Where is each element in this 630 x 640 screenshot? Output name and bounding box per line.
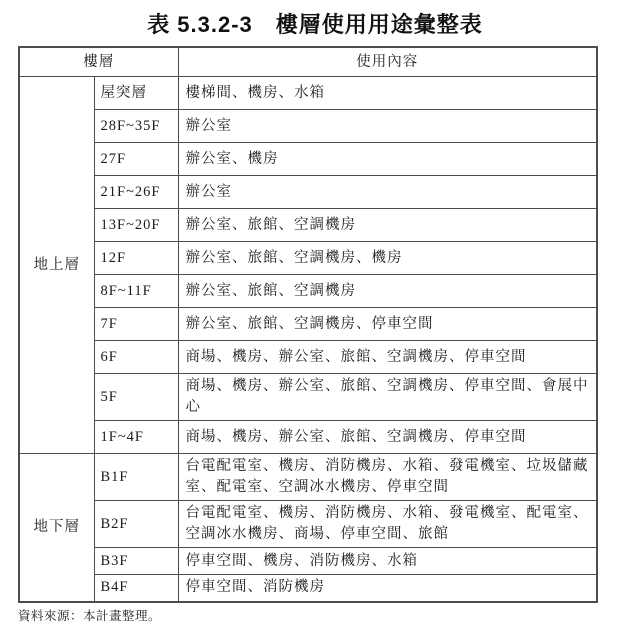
floor-cell: 28F~35F <box>94 110 178 143</box>
table-row: 21F~26F辦公室 <box>19 176 597 209</box>
table-row: 27F辦公室、機房 <box>19 143 597 176</box>
usage-cell: 樓梯間、機房、水箱 <box>178 77 597 110</box>
floor-cell: 12F <box>94 242 178 275</box>
floor-cell: 21F~26F <box>94 176 178 209</box>
usage-cell: 停車空間、消防機房 <box>178 575 597 602</box>
floor-cell: 6F <box>94 341 178 374</box>
floor-cell: 8F~11F <box>94 275 178 308</box>
floor-cell: B4F <box>94 575 178 602</box>
usage-cell: 商場、機房、辦公室、旅館、空調機房、停車空間 <box>178 421 597 454</box>
table-row: 6F商場、機房、辦公室、旅館、空調機房、停車空間 <box>19 341 597 374</box>
table-row: 地上層屋突層樓梯間、機房、水箱 <box>19 77 597 110</box>
usage-cell: 商場、機房、辦公室、旅館、空調機房、停車空間、會展中心 <box>178 374 597 421</box>
category-cell: 地下層 <box>19 454 94 602</box>
source-note: 資料來源：本計畫整理。 <box>18 606 630 624</box>
table-body: 地上層屋突層樓梯間、機房、水箱28F~35F辦公室27F辦公室、機房21F~26… <box>19 77 597 602</box>
floor-cell: B2F <box>94 501 178 548</box>
usage-cell: 台電配電室、機房、消防機房、水箱、發電機室、配電室、空調冰水機房、商場、停車空間… <box>178 501 597 548</box>
header-cell-usage: 使用內容 <box>178 47 597 77</box>
floor-cell: B1F <box>94 454 178 501</box>
table-row: 12F辦公室、旅館、空調機房、機房 <box>19 242 597 275</box>
floor-cell: B3F <box>94 548 178 575</box>
usage-cell: 辦公室、機房 <box>178 143 597 176</box>
floor-cell: 1F~4F <box>94 421 178 454</box>
floor-cell: 7F <box>94 308 178 341</box>
usage-cell: 辦公室、旅館、空調機房、停車空間 <box>178 308 597 341</box>
table-row: B4F停車空間、消防機房 <box>19 575 597 602</box>
table-row: 地下層B1F台電配電室、機房、消防機房、水箱、發電機室、垃圾儲藏室、配電室、空調… <box>19 454 597 501</box>
floor-cell: 5F <box>94 374 178 421</box>
table-row: 7F辦公室、旅館、空調機房、停車空間 <box>19 308 597 341</box>
table-row: B3F停車空間、機房、消防機房、水箱 <box>19 548 597 575</box>
usage-cell: 停車空間、機房、消防機房、水箱 <box>178 548 597 575</box>
header-cell-floor: 樓層 <box>19 47 178 77</box>
table-row: 13F~20F辦公室、旅館、空調機房 <box>19 209 597 242</box>
table-row: 8F~11F辦公室、旅館、空調機房 <box>19 275 597 308</box>
usage-cell: 辦公室、旅館、空調機房 <box>178 275 597 308</box>
document-page: 表 5.3.2-3 樓層使用用途彙整表 樓層 使用內容 地上層屋突層樓梯間、機房… <box>0 0 630 640</box>
usage-cell: 辦公室 <box>178 176 597 209</box>
floor-cell: 屋突層 <box>94 77 178 110</box>
floor-cell: 13F~20F <box>94 209 178 242</box>
floor-cell: 27F <box>94 143 178 176</box>
header-row: 樓層 使用內容 <box>19 47 597 77</box>
table-header: 樓層 使用內容 <box>19 47 597 77</box>
usage-cell: 台電配電室、機房、消防機房、水箱、發電機室、垃圾儲藏室、配電室、空調冰水機房、停… <box>178 454 597 501</box>
usage-cell: 辦公室、旅館、空調機房、機房 <box>178 242 597 275</box>
table-row: 1F~4F商場、機房、辦公室、旅館、空調機房、停車空間 <box>19 421 597 454</box>
category-cell: 地上層 <box>19 77 94 454</box>
usage-cell: 商場、機房、辦公室、旅館、空調機房、停車空間 <box>178 341 597 374</box>
table-title: 表 5.3.2-3 樓層使用用途彙整表 <box>0 8 630 39</box>
table-row: 5F商場、機房、辦公室、旅館、空調機房、停車空間、會展中心 <box>19 374 597 421</box>
usage-cell: 辦公室、旅館、空調機房 <box>178 209 597 242</box>
floor-usage-table: 樓層 使用內容 地上層屋突層樓梯間、機房、水箱28F~35F辦公室27F辦公室、… <box>18 46 598 603</box>
table-row: B2F台電配電室、機房、消防機房、水箱、發電機室、配電室、空調冰水機房、商場、停… <box>19 501 597 548</box>
usage-cell: 辦公室 <box>178 110 597 143</box>
table-row: 28F~35F辦公室 <box>19 110 597 143</box>
